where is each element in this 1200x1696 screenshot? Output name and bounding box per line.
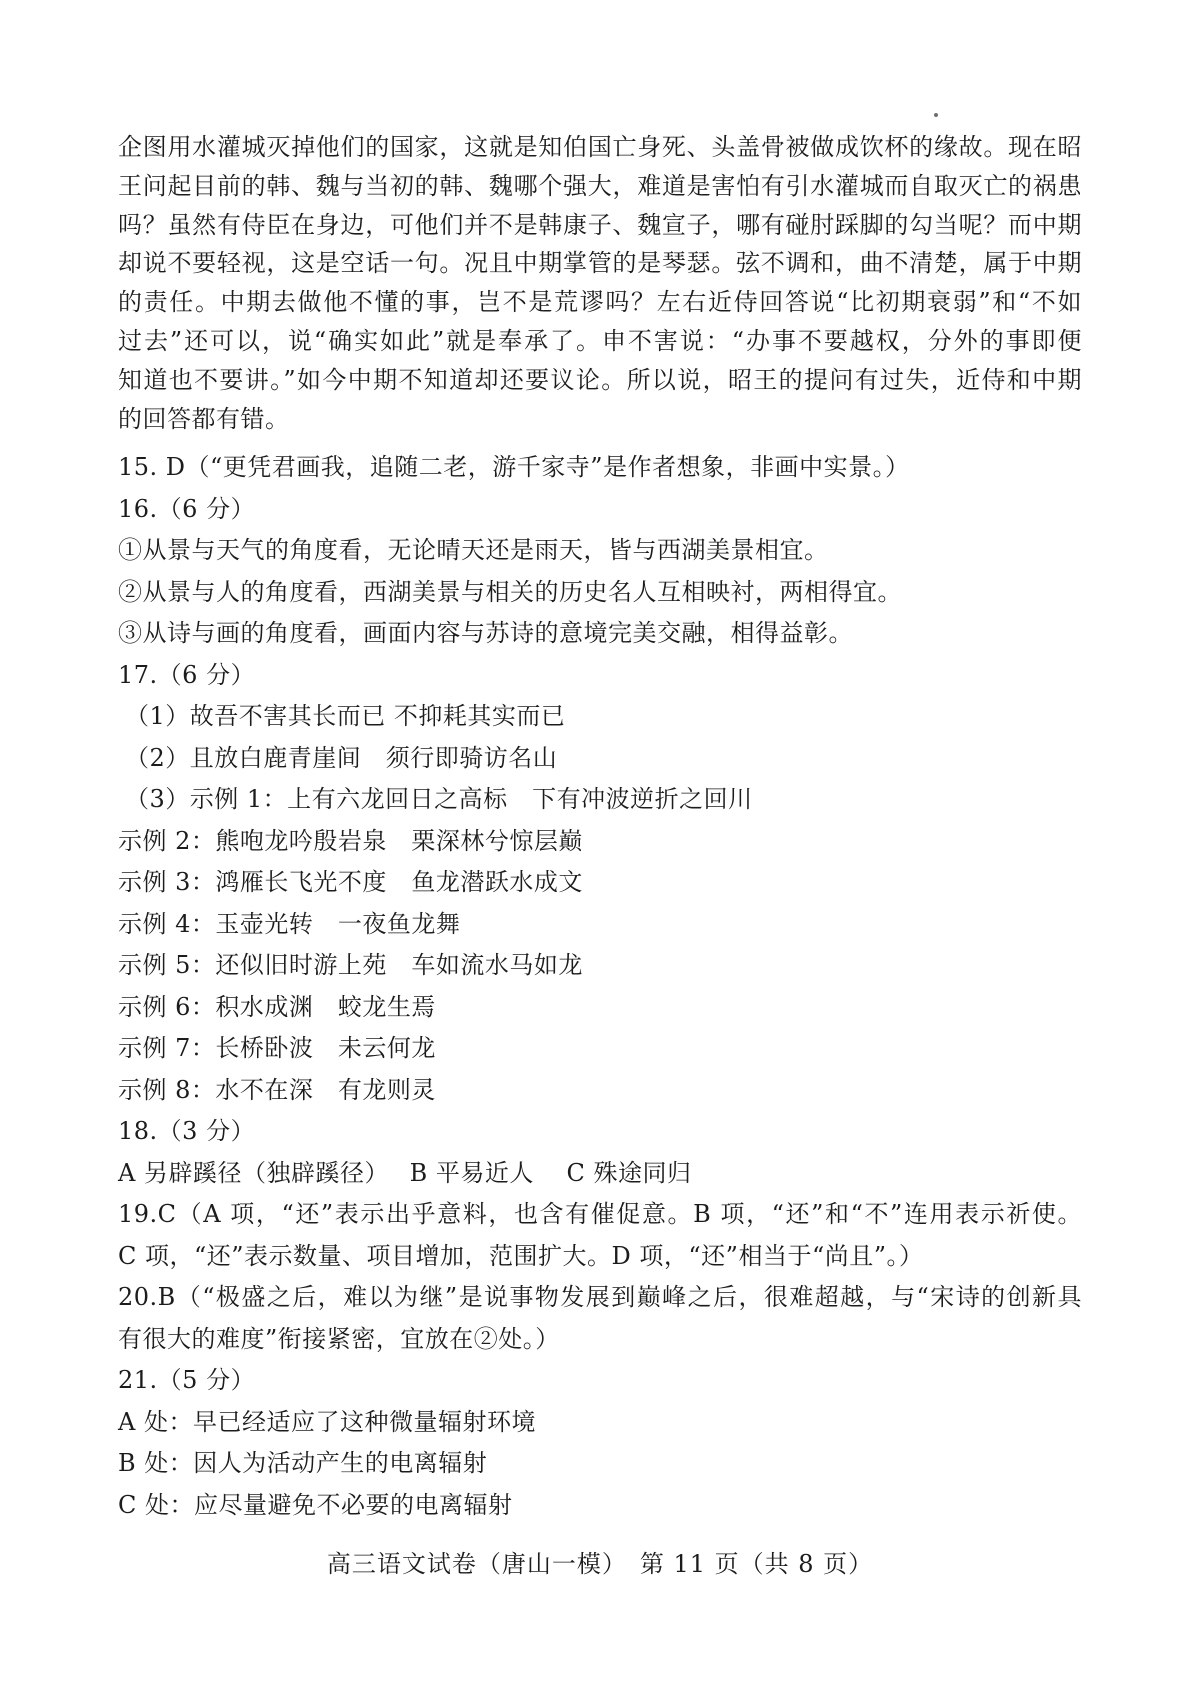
- translation-paragraph: 企图用水灌城灭掉他们的国家，这就是知伯国亡身死、头盖骨被做成饮杯的缘故。现在昭 …: [118, 128, 1082, 438]
- answer-17-example-2: 示例 2：熊咆龙吟殷岩泉 栗深林兮惊层巅: [118, 821, 1082, 863]
- paragraph-line: 企图用水灌城灭掉他们的国家，这就是知伯国亡身死、头盖骨被做成饮杯的缘故。现在昭: [118, 128, 1082, 167]
- answers-section: 15. D（“更凭君画我，追随二老，游千家寺”是作者想象，非画中实景。） 16.…: [118, 447, 1082, 1526]
- answer-20-line-2: 有很大的难度”衔接紧密，宜放在②处。）: [118, 1319, 1082, 1361]
- paragraph-line: 吗？虽然有侍臣在身边，可他们并不是韩康子、魏宣子，哪有碰肘踩脚的勾当呢？而中期: [118, 206, 1082, 245]
- answer-15: 15. D（“更凭君画我，追随二老，游千家寺”是作者想象，非画中实景。）: [118, 447, 1082, 489]
- page-footer: 高三语文试卷（唐山一模） 第 11 页（共 8 页）: [0, 1548, 1200, 1580]
- answer-17-item-3-example-1: （3）示例 1：上有六龙回日之高标 下有冲波逆折之回川: [118, 779, 1082, 821]
- scan-speck: [934, 113, 938, 117]
- answer-17-example-8: 示例 8：水不在深 有龙则灵: [118, 1070, 1082, 1112]
- answer-19-line-1: 19.C（A 项，“还”表示出乎意料，也含有催促意。B 项，“还”和“不”连用表…: [118, 1194, 1082, 1236]
- answer-16-point-1: ①从景与天气的角度看，无论晴天还是雨天，皆与西湖美景相宜。: [118, 530, 1082, 572]
- answer-19-line-2: C 项，“还”表示数量、项目增加，范围扩大。D 项，“还”相当于“尚且”。）: [118, 1236, 1082, 1278]
- answer-20-line-1: 20.B（“极盛之后，难以为继”是说事物发展到巅峰之后，很难超越，与“宋诗的创新…: [118, 1277, 1082, 1319]
- answer-21-item-c: C 处：应尽量避免不必要的电离辐射: [118, 1485, 1082, 1527]
- answer-17-item-2: （2）且放白鹿青崖间 须行即骑访名山: [118, 738, 1082, 780]
- answer-17-heading: 17.（6 分）: [118, 655, 1082, 697]
- paragraph-line: 知道也不要讲。”如今中期不知道却还要议论。所以说，昭王的提问有过失，近侍和中期: [118, 361, 1082, 400]
- answer-16-point-3: ③从诗与画的角度看，画面内容与苏诗的意境完美交融，相得益彰。: [118, 613, 1082, 655]
- answer-18-heading: 18.（3 分）: [118, 1111, 1082, 1153]
- paragraph-line: 却说不要轻视，这是空话一句。况且中期掌管的是琴瑟。弦不调和，曲不清楚，属于中期: [118, 244, 1082, 283]
- paragraph-line: 的责任。中期去做他不懂的事，岂不是荒谬吗？左右近侍回答说“比初期衰弱”和“不如: [118, 283, 1082, 322]
- answer-16-heading: 16.（6 分）: [118, 489, 1082, 531]
- answer-21-item-a: A 处：早已经适应了这种微量辐射环境: [118, 1402, 1082, 1444]
- answer-17-item-1: （1）故吾不害其长而已 不抑耗其实而已: [118, 696, 1082, 738]
- paragraph-line: 王问起目前的韩、魏与当初的韩、魏哪个强大，难道是害怕有引水灌城而自取灭亡的祸患: [118, 167, 1082, 206]
- paragraph-line: 过去”还可以，说“确实如此”就是奉承了。申不害说：“办事不要越权，分外的事即便: [118, 322, 1082, 361]
- answer-16-point-2: ②从景与人的角度看，西湖美景与相关的历史名人互相映衬，两相得宜。: [118, 572, 1082, 614]
- answer-17-example-7: 示例 7：长桥卧波 未云何龙: [118, 1028, 1082, 1070]
- answer-17-example-6: 示例 6：积水成渊 蛟龙生焉: [118, 987, 1082, 1029]
- answer-17-example-4: 示例 4：玉壶光转 一夜鱼龙舞: [118, 904, 1082, 946]
- paragraph-line: 的回答都有错。: [118, 400, 1082, 439]
- answer-21-heading: 21.（5 分）: [118, 1360, 1082, 1402]
- answer-17-example-3: 示例 3：鸿雁长飞光不度 鱼龙潜跃水成文: [118, 862, 1082, 904]
- answer-21-item-b: B 处：因人为活动产生的电离辐射: [118, 1443, 1082, 1485]
- answer-17-example-5: 示例 5：还似旧时游上苑 车如流水马如龙: [118, 945, 1082, 987]
- page-content: 企图用水灌城灭掉他们的国家，这就是知伯国亡身死、头盖骨被做成饮杯的缘故。现在昭 …: [118, 128, 1082, 1526]
- exam-answer-page: 企图用水灌城灭掉他们的国家，这就是知伯国亡身死、头盖骨被做成饮杯的缘故。现在昭 …: [0, 0, 1200, 1696]
- answer-18-items: A 另辟蹊径（独辟蹊径） B 平易近人 C 殊途同归: [118, 1153, 1082, 1195]
